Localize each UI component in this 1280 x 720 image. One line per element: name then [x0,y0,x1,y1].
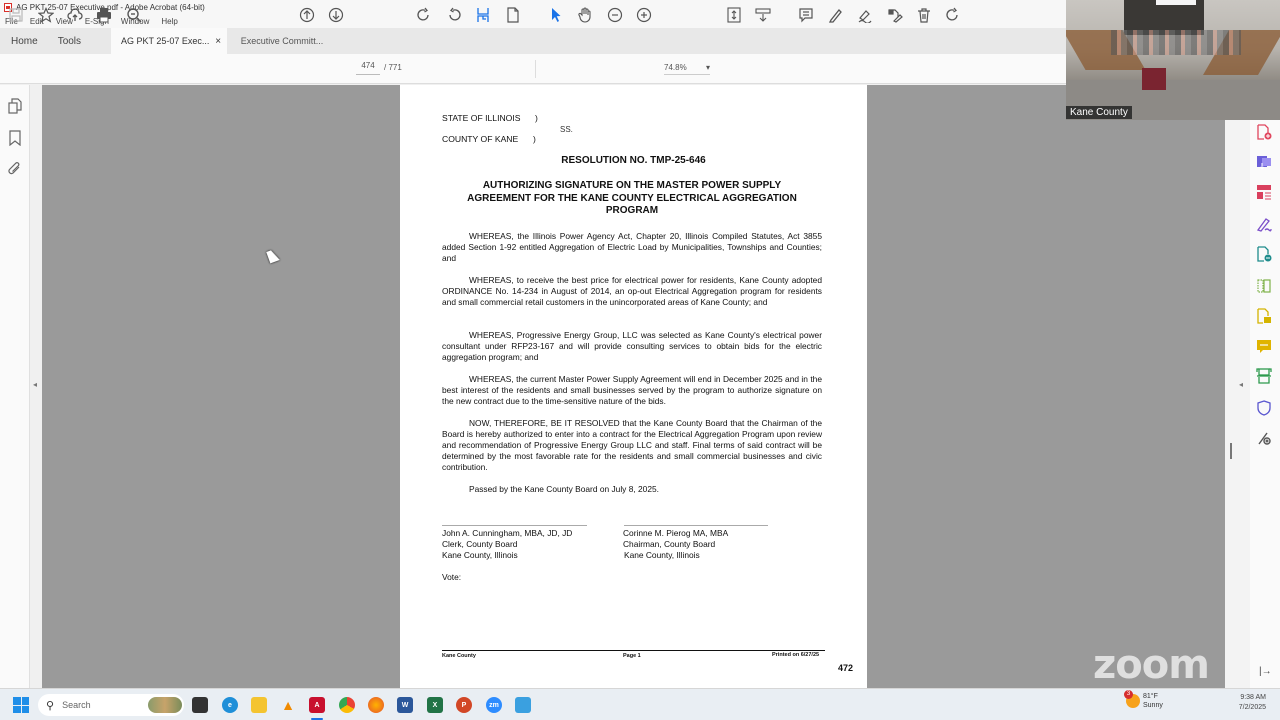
notification-badge: 3 [1124,690,1133,699]
comment-icon[interactable] [797,6,815,24]
window-titlebar: AG PKT 25-07 Executive.pdf - Adobe Acrob… [0,0,1066,15]
right-panel-edge [1225,85,1250,688]
protect-icon[interactable] [1256,400,1272,416]
page-display-icon[interactable] [754,6,772,24]
organize-pages-icon[interactable] [1256,184,1272,200]
rotate-clockwise-icon[interactable] [415,6,433,24]
edge-icon[interactable]: e [222,697,238,713]
search-placeholder: Search [62,700,91,710]
footer-rule [442,650,825,651]
firefox-icon[interactable] [368,697,384,713]
save-icon[interactable] [7,6,25,24]
scrolling-mode-icon[interactable] [725,6,743,24]
resolution-number: RESOLUTION NO. TMP-25-646 [400,155,867,166]
redo-icon[interactable] [944,6,962,24]
windows-taskbar: ⚲ Search e ▲ A W X P zm [0,688,1280,720]
signature-block-clerk: John A. Cunningham, MBA, JD, JD Clerk, C… [442,528,572,561]
sign-icon[interactable] [856,6,874,24]
zoom-level-dropdown[interactable]: 74.8% ▾ [664,63,710,75]
create-pdf-icon[interactable] [1256,124,1272,140]
right-tools-rail [1250,120,1280,688]
highlight-icon[interactable] [827,6,845,24]
send-sign-icon[interactable] [886,6,904,24]
tab-document-executive-committee[interactable]: Executive Committ... [227,28,337,54]
caption-paren: ) [535,113,538,123]
delete-icon[interactable] [915,6,933,24]
system-clock[interactable]: 9:38 AM 7/2/2025 [1228,693,1266,713]
caption-county: COUNTY OF KANE [442,134,518,144]
zoom-video-tile[interactable] [1066,0,1280,120]
footer-right: Printed on 6/27/25 [772,652,819,658]
signature-block-chairman: Corinne M. Pierog MA, MBA Chairman, Coun… [623,528,728,561]
excel-icon[interactable]: X [427,697,443,713]
sunny-weather-icon: 3 [1126,694,1140,708]
weather-desc: Sunny [1143,701,1163,710]
collapse-right-panel-icon[interactable]: ◂ [1239,380,1243,389]
passed-statement: Passed by the Kane County Board on July … [442,484,822,495]
search-zoom-icon[interactable] [125,6,143,24]
rotate-counterclockwise-icon[interactable] [445,6,463,24]
next-page-icon[interactable] [327,6,345,24]
search-highlight-image [148,697,182,713]
notepad-icon[interactable] [515,697,531,713]
left-navigation-rail [0,85,30,688]
word-icon[interactable]: W [397,697,413,713]
resolution-title: AUTHORIZING SIGNATURE ON THE MASTER POWE… [452,180,812,218]
export-pdf-icon[interactable] [1256,154,1272,170]
menu-bar: File Edit View E-Sign Window Help [0,15,1066,28]
single-page-icon[interactable] [504,6,522,24]
tab-bar: Home Tools AG PKT 25-07 Exec... × Execut… [0,28,1066,54]
toolbar-divider [535,60,536,78]
search-icon: ⚲ [46,699,54,712]
zoom-app-icon[interactable]: zm [486,697,502,713]
exit-fullscreen-icon[interactable]: |→ [1259,666,1272,677]
star-icon[interactable] [37,6,55,24]
previous-page-icon[interactable] [298,6,316,24]
cloud-upload-icon[interactable] [66,6,84,24]
chevron-down-icon: ▾ [706,63,710,72]
whereas-paragraph-2: WHEREAS, to receive the best price for e… [442,275,822,308]
powerpoint-icon[interactable]: P [456,697,472,713]
close-icon[interactable]: × [215,36,221,47]
whereas-paragraph-3: WHEREAS, Progressive Energy Group, LLC w… [442,330,822,363]
zoom-out-icon[interactable] [606,6,624,24]
tab-document-active[interactable]: AG PKT 25-07 Exec... × [111,28,227,54]
tab-document-label: Executive Committ... [241,36,324,46]
menu-help[interactable]: Help [161,17,177,26]
packet-page-number: 472 [838,663,853,673]
footer-left: Kane County [442,653,476,659]
whereas-paragraph-4: WHEREAS, the current Master Power Supply… [442,374,822,407]
tab-tools[interactable]: Tools [48,28,91,54]
page-total: / 771 [384,63,402,72]
clock-time: 9:38 AM [1228,693,1266,703]
comment-tool-icon[interactable] [1256,338,1272,354]
fill-sign-icon[interactable] [1256,216,1272,232]
zoom-level-value: 74.8% [664,63,687,72]
compress-pdf-icon[interactable] [1256,246,1272,262]
caption-paren: ) [533,134,536,144]
clock-date: 7/2/2025 [1228,703,1266,713]
fit-width-icon[interactable] [474,6,492,24]
main-toolbar [0,54,1066,84]
page-number-input[interactable]: 474 [356,61,380,75]
vertical-scrollbar[interactable] [1230,443,1232,459]
weather-temp: 81°F [1143,692,1163,701]
video-participant-name: Kane County [1066,106,1132,119]
windows-start-icon[interactable] [13,697,29,713]
adobe-acrobat-icon[interactable]: A [309,697,325,713]
vote-label: Vote: [442,572,461,582]
attachment-icon[interactable] [7,161,23,177]
select-cursor-icon[interactable] [547,6,565,24]
tab-home[interactable]: Home [0,28,48,54]
chrome-icon[interactable] [339,697,355,713]
bookmark-icon[interactable] [7,130,23,146]
edit-pdf-icon[interactable] [1256,278,1272,294]
whereas-paragraph-1: WHEREAS, the Illinois Power Agency Act, … [442,231,822,264]
weather-widget[interactable]: 3 81°F Sunny [1126,692,1163,710]
vlc-icon[interactable]: ▲ [280,697,296,713]
scan-ocr-icon[interactable] [1256,368,1272,384]
more-tools-icon[interactable] [1256,430,1272,446]
combine-files-icon[interactable] [1256,308,1272,324]
pdf-page: STATE OF ILLINOIS ) SS. COUNTY OF KANE )… [400,85,867,688]
page-thumbnails-icon[interactable] [7,98,23,114]
task-view-icon[interactable] [192,697,208,713]
zoom-in-icon[interactable] [635,6,653,24]
caption-state: STATE OF ILLINOIS [442,113,520,123]
print-icon[interactable] [95,6,113,24]
resolved-paragraph: NOW, THEREFORE, BE IT RESOLVED that the … [442,418,822,473]
tab-document-label: AG PKT 25-07 Exec... [121,36,209,46]
zoom-watermark: zoom [1093,642,1209,688]
hand-icon[interactable] [576,6,594,24]
caption-ss: SS. [560,125,573,134]
file-explorer-icon[interactable] [251,697,267,713]
collapse-left-panel-icon[interactable]: ◂ [33,380,37,389]
signature-line-clerk [442,525,587,526]
signature-line-chairman [624,525,768,526]
footer-center: Page 1 [623,653,641,659]
